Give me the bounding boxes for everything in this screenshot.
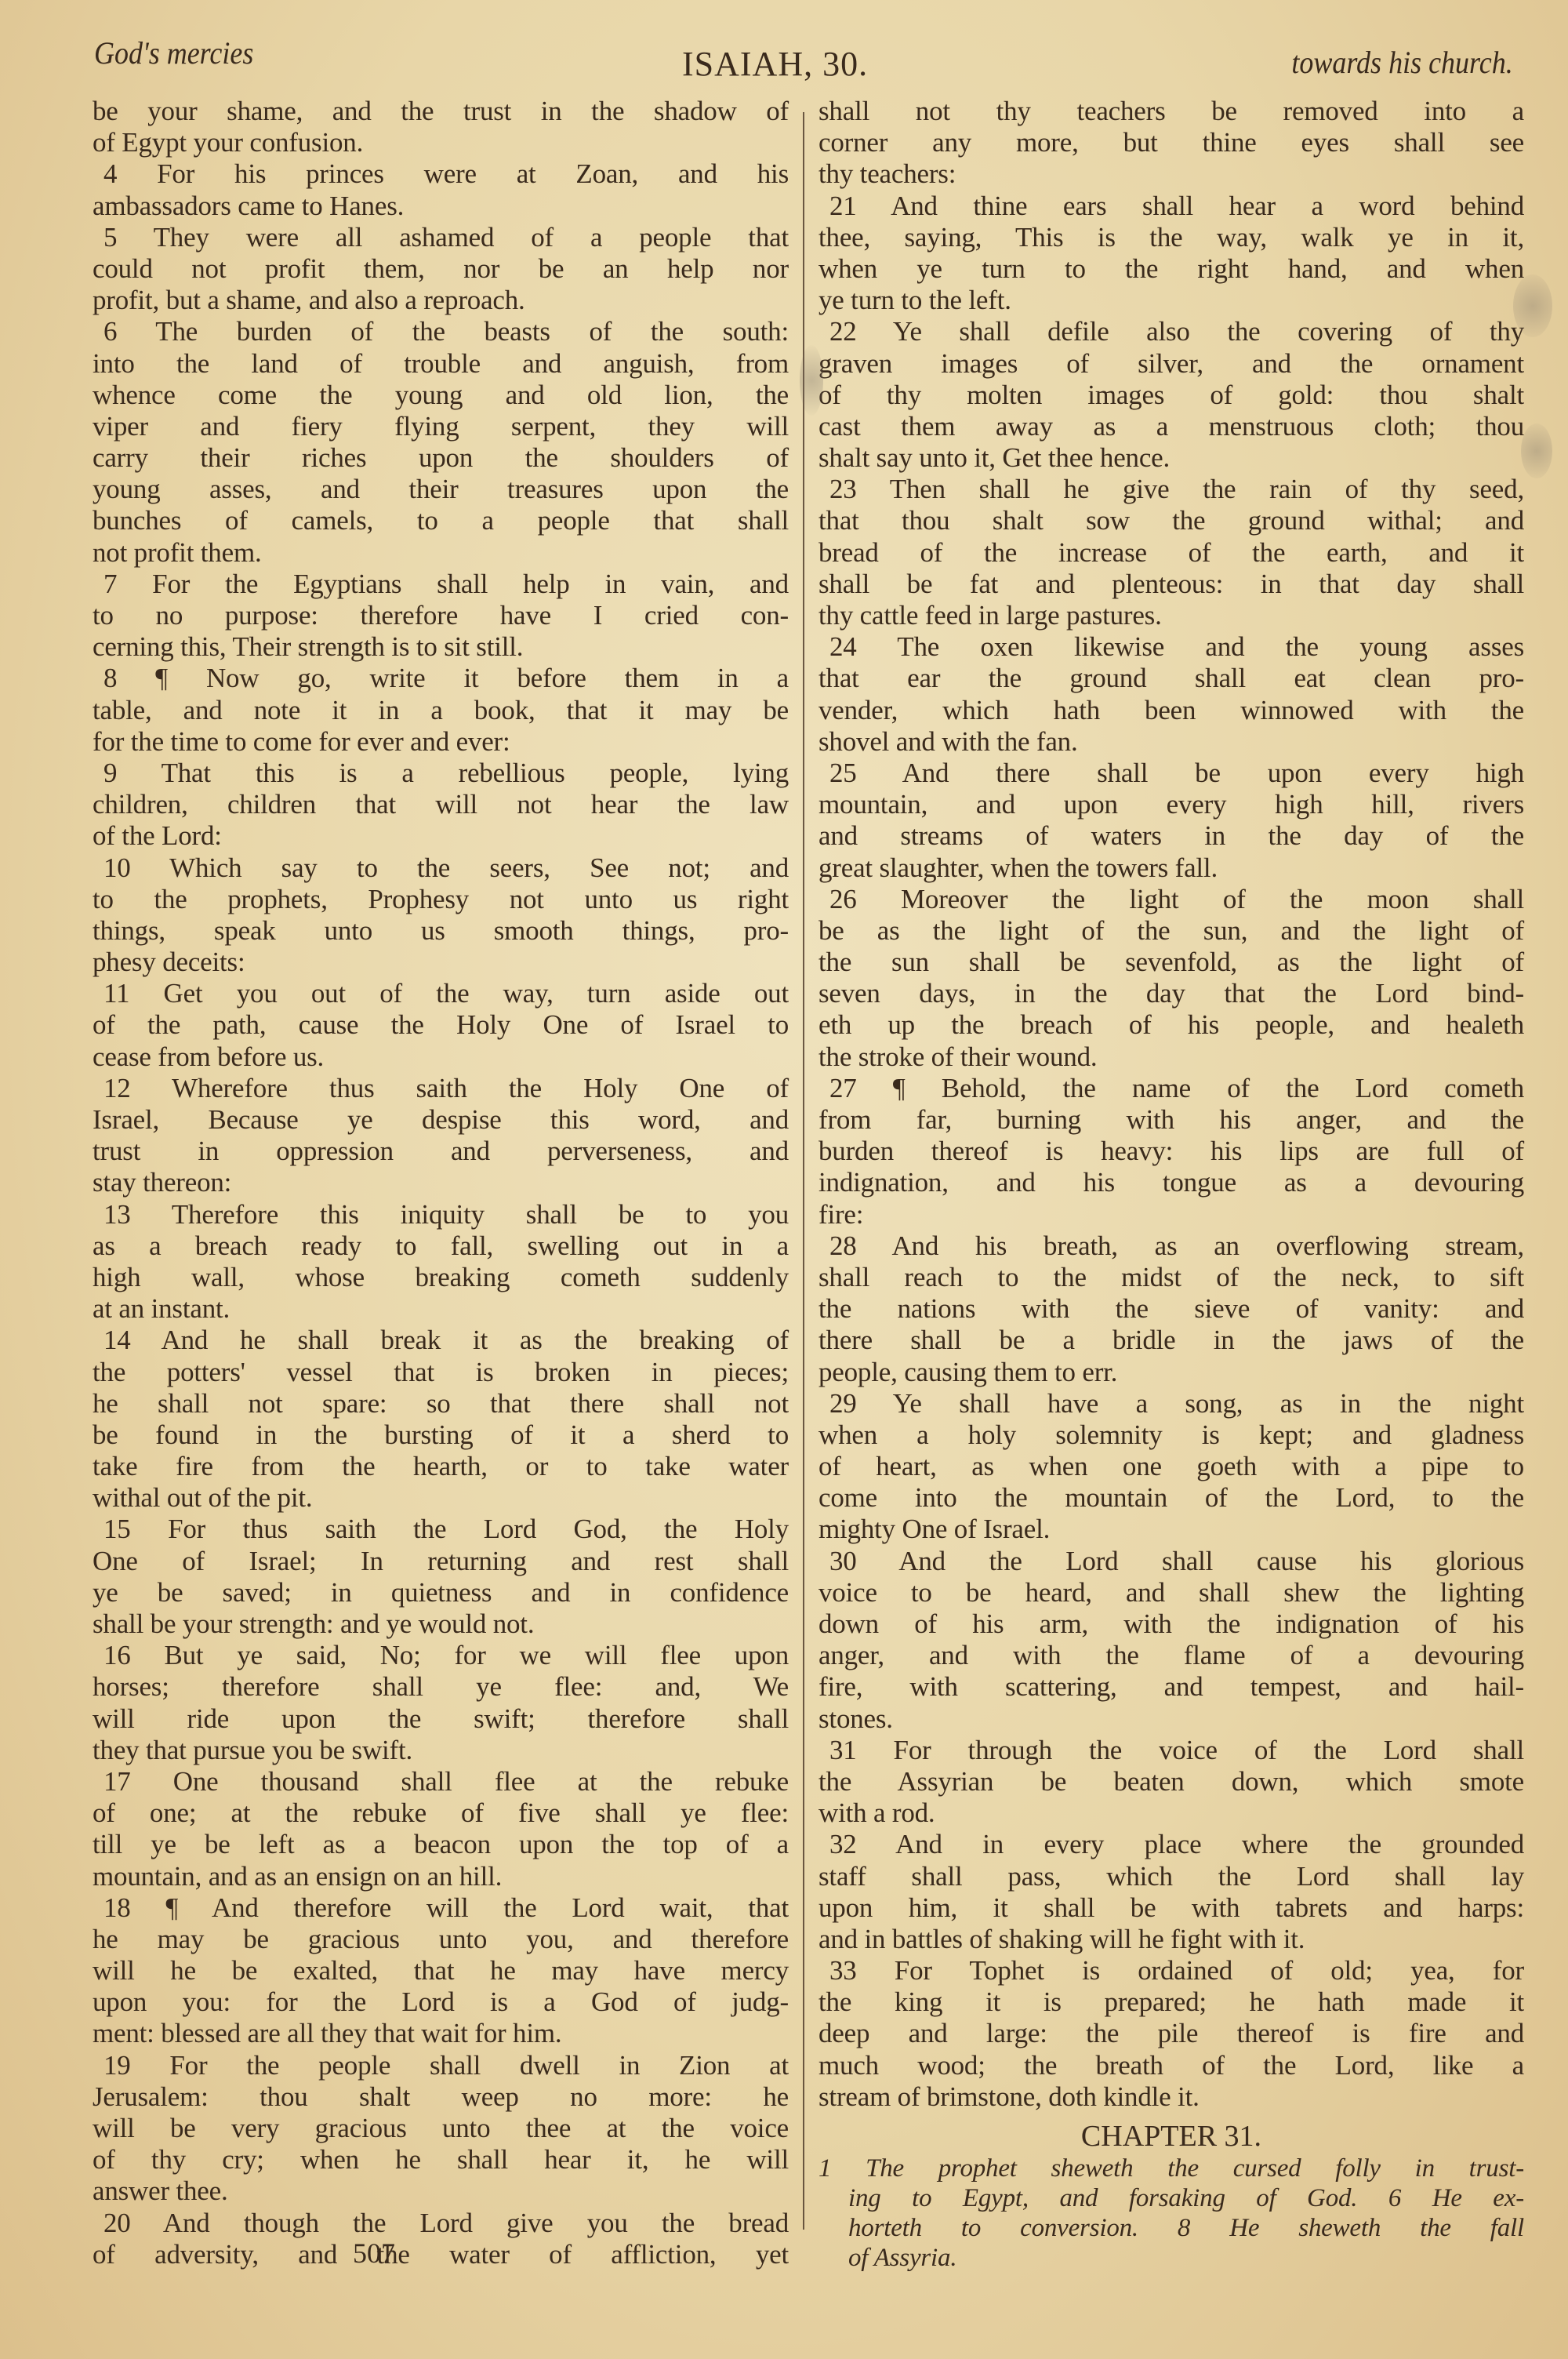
text-line: vender, which hath been winnowed with th… [818,695,1524,726]
chapter-summary: 1 The prophet sheweth the cursed folly i… [818,2154,1524,2273]
text-line: he may be gracious unto you, and therefo… [93,1924,789,1955]
text-line: mountain, and upon every high hill, rive… [818,789,1524,820]
text-line: bunches of camels, to a people that shal… [93,505,789,536]
text-line: 22 Ye shall defile also the covering of … [818,316,1524,347]
text-line: eth up the breach of his people, and hea… [818,1009,1524,1041]
text-line: will ride upon the swift; therefore shal… [93,1703,789,1735]
text-line: 10 Which say to the seers, See not; and [93,852,789,884]
header-book-chapter: ISAIAH, 30. [682,44,868,84]
text-line: mountain, and as an ensign on an hill. [93,1861,789,1892]
text-line: be as the light of the sun, and the ligh… [818,915,1524,947]
text-line: profit, but a shame, and also a reproach… [93,285,789,316]
page-number: 507 [353,2237,395,2270]
text-line: for the time to come for ever and ever: [93,726,789,758]
text-line: 12 Wherefore thus saith the Holy One of [93,1073,789,1104]
text-line: not profit them. [93,537,789,569]
text-line: when ye turn to the right hand, and when [818,253,1524,285]
text-line: be your shame, and the trust in the shad… [93,96,789,127]
text-line: of thy molten images of gold: thou shalt [818,380,1524,411]
header-right-caption: towards his church. [1292,44,1513,81]
text-line: trust in oppression and perverseness, an… [93,1136,789,1167]
text-line: with a rod. [818,1797,1524,1829]
text-line: 8 ¶ Now go, write it before them in a [93,663,789,694]
text-line: the potters' vessel that is broken in pi… [93,1357,789,1388]
text-line: One of Israel; In returning and rest sha… [93,1546,789,1577]
text-line: table, and note it in a book, that it ma… [93,695,789,726]
text-line: 13 Therefore this iniquity shall be to y… [93,1199,789,1230]
right-text-column: shall not thy teachers be removed into a… [818,96,1524,2273]
text-line: and in battles of shaking will he fight … [818,1924,1524,1955]
text-line: anger, and with the flame of a devouring [818,1640,1524,1671]
running-header: God's mercies ISAIAH, 30. towards his ch… [0,30,1568,93]
left-text-column: be your shame, and the trust in the shad… [93,96,789,2270]
text-line: shall be your strength: and ye would not… [93,1608,789,1640]
text-line: there shall be a bridle in the jaws of t… [818,1325,1524,1356]
text-line: whence come the young and old lion, the [93,380,789,411]
text-line: 30 And the Lord shall cause his glorious [818,1546,1524,1577]
text-line: 4 For his princes were at Zoan, and his [93,158,789,190]
column-divider [803,112,804,2230]
text-line: carry their riches upon the shoulders of [93,442,789,474]
text-line: 31 For through the voice of the Lord sha… [818,1735,1524,1766]
text-line: he shall not spare: so that there shall … [93,1388,789,1419]
text-line: at an instant. [93,1293,789,1325]
thumb-smudge [800,345,823,416]
text-line: of adversity, and the water of afflictio… [93,2239,789,2270]
text-line: of heart, as when one goeth with a pipe … [818,1451,1524,1482]
text-line: 27 ¶ Behold, the name of the Lord cometh [818,1073,1524,1104]
text-line: staff shall pass, which the Lord shall l… [818,1861,1524,1892]
text-line: and streams of waters in the day of the [818,820,1524,852]
text-line: till ye be left as a beacon upon the top… [93,1829,789,1860]
text-line: much wood; the breath of the Lord, like … [818,2050,1524,2081]
text-line: could not profit them, nor be an help no… [93,253,789,285]
text-line: fire, with scattering, and tempest, and … [818,1671,1524,1703]
thumb-smudge [1521,423,1552,478]
text-line: come into the mountain of the Lord, to t… [818,1482,1524,1514]
text-line: that thou shalt sow the ground withal; a… [818,505,1524,536]
text-line: of thy cry; when he shall hear it, he wi… [93,2144,789,2175]
text-line: 19 For the people shall dwell in Zion at [93,2050,789,2081]
text-line: indignation, and his tongue as a devouri… [818,1167,1524,1198]
text-line: 28 And his breath, as an overflowing str… [818,1230,1524,1262]
text-line: great slaughter, when the towers fall. [818,852,1524,884]
text-line: 25 And there shall be upon every high [818,758,1524,789]
text-line: to no purpose: therefore have I cried co… [93,600,789,631]
header-left-caption: God's mercies [94,35,253,71]
text-line: 20 And though the Lord give you the brea… [93,2208,789,2239]
text-line: upon him, it shall be with tabrets and h… [818,1892,1524,1924]
text-line: as a breach ready to fall, swelling out … [93,1230,789,1262]
text-line: burden thereof is heavy: his lips are fu… [818,1136,1524,1167]
text-line: 16 But ye said, No; for we will flee upo… [93,1640,789,1671]
text-line: phesy deceits: [93,947,789,978]
text-line: shall not thy teachers be removed into a [818,96,1524,127]
text-line: ye be saved; in quietness and in confide… [93,1577,789,1608]
text-line: corner any more, but thine eyes shall se… [818,127,1524,158]
text-line: cerning this, Their strength is to sit s… [93,631,789,663]
text-line: young asses, and their treasures upon th… [93,474,789,505]
text-line: fire: [818,1199,1524,1230]
text-line: graven images of silver, and the ornamen… [818,348,1524,380]
text-line: shall be fat and plenteous: in that day … [818,569,1524,600]
text-line: 26 Moreover the light of the moon shall [818,884,1524,915]
text-line: the stroke of their wound. [818,1041,1524,1073]
chapter-heading: CHAPTER 31. [818,2113,1524,2154]
text-line: 7 For the Egyptians shall help in vain, … [93,569,789,600]
text-line: withal out of the pit. [93,1482,789,1514]
text-line: stream of brimstone, doth kindle it. [818,2081,1524,2113]
text-line: of the path, cause the Holy One of Israe… [93,1009,789,1041]
text-line: seven days, in the day that the Lord bin… [818,978,1524,1009]
text-line: of the Lord: [93,820,789,852]
text-line: will he be exalted, that he may have mer… [93,1955,789,1986]
text-line: take fire from the hearth, or to take wa… [93,1451,789,1482]
text-line: people, causing them to err. [818,1357,1524,1388]
text-line: deep and large: the pile thereof is fire… [818,2018,1524,2049]
text-line: answer thee. [93,2175,789,2207]
text-line: 6 The burden of the beasts of the south: [93,316,789,347]
text-line: Israel, Because ye despise this word, an… [93,1104,789,1136]
text-line: ambassadors came to Hanes. [93,191,789,222]
text-line: ment: blessed are all they that wait for… [93,2018,789,2049]
text-line: 14 And he shall break it as the breaking… [93,1325,789,1356]
text-line: voice to be heard, and shall shew the li… [818,1577,1524,1608]
text-line: 24 The oxen likewise and the young asses [818,631,1524,663]
text-line: stay thereon: [93,1167,789,1198]
text-line: the sun shall be sevenfold, as the light… [818,947,1524,978]
text-line: to the prophets, Prophesy not unto us ri… [93,884,789,915]
text-line: of one; at the rebuke of five shall ye f… [93,1797,789,1829]
summary-line: 1 The prophet sheweth the cursed folly i… [818,2154,1524,2183]
right-verses: shall not thy teachers be removed into a… [818,96,1524,2113]
thumb-smudge [1513,274,1552,337]
text-line: upon you: for the Lord is a God of judg- [93,1986,789,2018]
text-line: 23 Then shall he give the rain of thy se… [818,474,1524,505]
text-line: 17 One thousand shall flee at the rebuke [93,1766,789,1797]
text-line: 29 Ye shall have a song, as in the night [818,1388,1524,1419]
text-line: shovel and with the fan. [818,726,1524,758]
text-line: 33 For Tophet is ordained of old; yea, f… [818,1955,1524,1986]
summary-line: ing to Egypt, and forsaking of God. 6 He… [818,2183,1524,2213]
text-line: 18 ¶ And therefore will the Lord wait, t… [93,1892,789,1924]
text-line: 11 Get you out of the way, turn aside ou… [93,978,789,1009]
text-line: horses; therefore shall ye flee: and, We [93,1671,789,1703]
text-line: 32 And in every place where the grounded [818,1829,1524,1860]
text-line: shall reach to the midst of the neck, to… [818,1262,1524,1293]
text-line: children, children that will not hear th… [93,789,789,820]
text-line: stones. [818,1703,1524,1735]
text-line: things, speak unto us smooth things, pro… [93,915,789,947]
text-line: be found in the bursting of it a sherd t… [93,1419,789,1451]
text-line: ye turn to the left. [818,285,1524,316]
summary-line: of Assyria. [818,2243,1524,2273]
text-line: the nations with the sieve of vanity: an… [818,1293,1524,1325]
text-line: cast them away as a menstruous cloth; th… [818,411,1524,442]
text-line: thy teachers: [818,158,1524,190]
text-line: 15 For thus saith the Lord God, the Holy [93,1514,789,1545]
text-line: mighty One of Israel. [818,1514,1524,1545]
text-line: the Assyrian be beaten down, which smote [818,1766,1524,1797]
text-line: will be very gracious unto thee at the v… [93,2113,789,2144]
text-line: bread of the increase of the earth, and … [818,537,1524,569]
text-line: of Egypt your confusion. [93,127,789,158]
text-line: into the land of trouble and anguish, fr… [93,348,789,380]
text-line: 21 And thine ears shall hear a word behi… [818,191,1524,222]
text-line: the king it is prepared; he hath made it [818,1986,1524,2018]
summary-line: horteth to conversion. 8 He sheweth the … [818,2213,1524,2243]
text-line: down of his arm, with the indignation of… [818,1608,1524,1640]
text-line: 5 They were all ashamed of a people that [93,222,789,253]
text-line: they that pursue you be swift. [93,1735,789,1766]
text-line: high wall, whose breaking cometh suddenl… [93,1262,789,1293]
text-line: thy cattle feed in large pastures. [818,600,1524,631]
text-line: thee, saying, This is the way, walk ye i… [818,222,1524,253]
text-line: shalt say unto it, Get thee hence. [818,442,1524,474]
text-line: when a holy solemnity is kept; and gladn… [818,1419,1524,1451]
text-line: that ear the ground shall eat clean pro- [818,663,1524,694]
text-line: 9 That this is a rebellious people, lyin… [93,758,789,789]
text-line: cease from before us. [93,1041,789,1073]
text-line: from far, burning with his anger, and th… [818,1104,1524,1136]
text-line: viper and fiery flying serpent, they wil… [93,411,789,442]
text-line: Jerusalem: thou shalt weep no more: he [93,2081,789,2113]
